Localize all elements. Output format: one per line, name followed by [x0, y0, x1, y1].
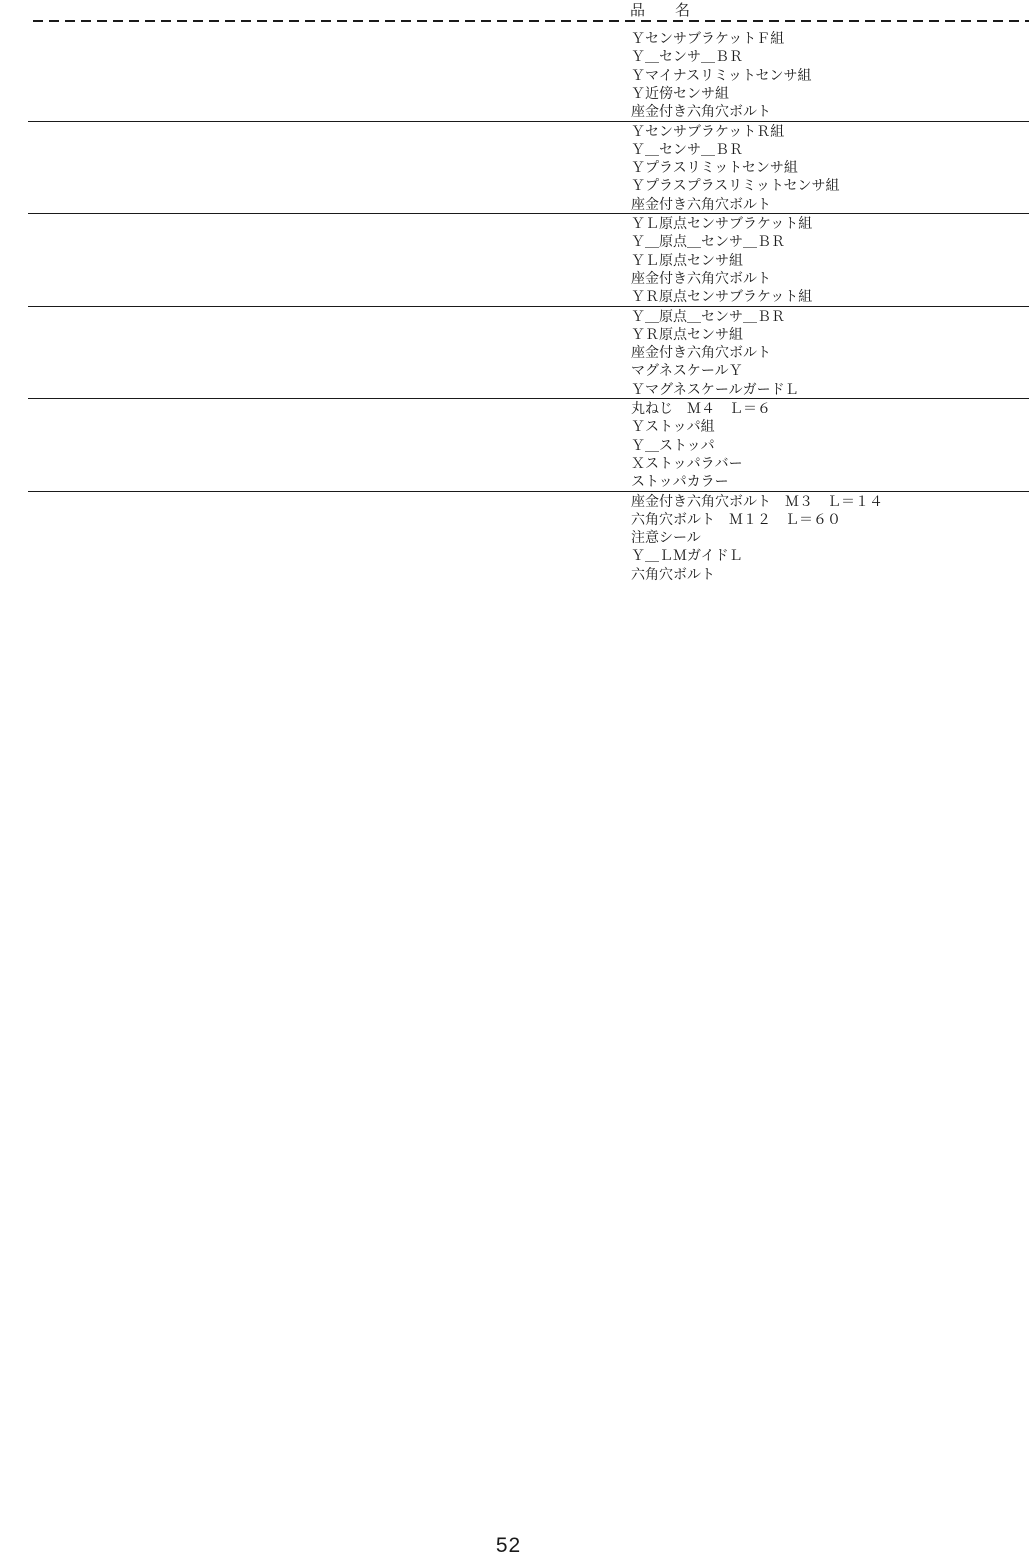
part-name: Ｙマイナスリミットセンサ組 [28, 66, 1029, 84]
column-header-item-name: 品 名 [630, 1, 690, 20]
part-name: Ｙ＿原点＿センサ＿ＢＲ [28, 307, 1029, 325]
part-name: Ｙプラスプラスリミットセンサ組 [28, 176, 1029, 194]
part-name: 六角穴ボルト Ｍ１２ Ｌ＝６０ [28, 510, 1029, 528]
part-name: Ｙ＿原点＿センサ＿ＢＲ [28, 232, 1029, 250]
part-name: ストッパカラー [28, 472, 1029, 490]
part-name: ＹＬ原点センサ組 [28, 251, 1029, 269]
part-name: Ｙ近傍センサ組 [28, 84, 1029, 102]
part-name: Ｙ＿センサ＿ＢＲ [28, 140, 1029, 158]
part-name: ＹマグネスケールガードＬ [28, 380, 1029, 398]
header-divider-dashed-rule [33, 20, 1029, 22]
part-name: Ｙ＿ＬＭガイドＬ [28, 546, 1029, 564]
part-name: 座金付き六角穴ボルト Ｍ３ Ｌ＝１４ [28, 492, 1029, 510]
parts-group-4: Ｙ＿原点＿センサ＿ＢＲ ＹＲ原点センサ組 座金付き六角穴ボルト マグネスケールＹ… [28, 307, 1029, 400]
part-name: 座金付き六角穴ボルト [28, 343, 1029, 361]
parts-group-2: ＹセンサブラケットＲ組 Ｙ＿センサ＿ＢＲ Ｙプラスリミットセンサ組 Ｙプラスプラ… [28, 122, 1029, 215]
part-name: マグネスケールＹ [28, 361, 1029, 379]
part-name: Ｘストッパラバー [28, 454, 1029, 472]
parts-group-5: 丸ねじ Ｍ４ Ｌ＝６ Ｙストッパ組 Ｙ＿ストッパ Ｘストッパラバー ストッパカラ… [28, 399, 1029, 492]
part-name: ＹＬ原点センサブラケット組 [28, 214, 1029, 232]
part-name: 座金付き六角穴ボルト [28, 195, 1029, 213]
part-name: Ｙ＿ストッパ [28, 436, 1029, 454]
parts-list-page: 品 名 ＹセンサブラケットＦ組 Ｙ＿センサ＿ＢＲ Ｙマイナスリミットセンサ組 Ｙ… [0, 0, 1029, 1563]
part-name: ＹセンサブラケットＦ組 [28, 29, 1029, 47]
part-name: ＹセンサブラケットＲ組 [28, 122, 1029, 140]
part-name: 丸ねじ Ｍ４ Ｌ＝６ [28, 399, 1029, 417]
parts-group-6: 座金付き六角穴ボルト Ｍ３ Ｌ＝１４ 六角穴ボルト Ｍ１２ Ｌ＝６０ 注意シール… [28, 492, 1029, 584]
parts-group-1: ＹセンサブラケットＦ組 Ｙ＿センサ＿ＢＲ Ｙマイナスリミットセンサ組 Ｙ近傍セン… [28, 29, 1029, 122]
parts-group-3: ＹＬ原点センサブラケット組 Ｙ＿原点＿センサ＿ＢＲ ＹＬ原点センサ組 座金付き六… [28, 214, 1029, 307]
part-name: ＹＲ原点センサブラケット組 [28, 287, 1029, 305]
part-name: Ｙプラスリミットセンサ組 [28, 158, 1029, 176]
part-name: 六角穴ボルト [28, 565, 1029, 583]
part-name: 注意シール [28, 528, 1029, 546]
part-name: Ｙストッパ組 [28, 417, 1029, 435]
part-name: 座金付き六角穴ボルト [28, 269, 1029, 287]
part-name: ＹＲ原点センサ組 [28, 325, 1029, 343]
part-name: Ｙ＿センサ＿ＢＲ [28, 47, 1029, 65]
page-number: 52 [0, 1534, 1017, 1558]
part-name: 座金付き六角穴ボルト [28, 102, 1029, 120]
parts-name-column: ＹセンサブラケットＦ組 Ｙ＿センサ＿ＢＲ Ｙマイナスリミットセンサ組 Ｙ近傍セン… [28, 29, 1029, 583]
